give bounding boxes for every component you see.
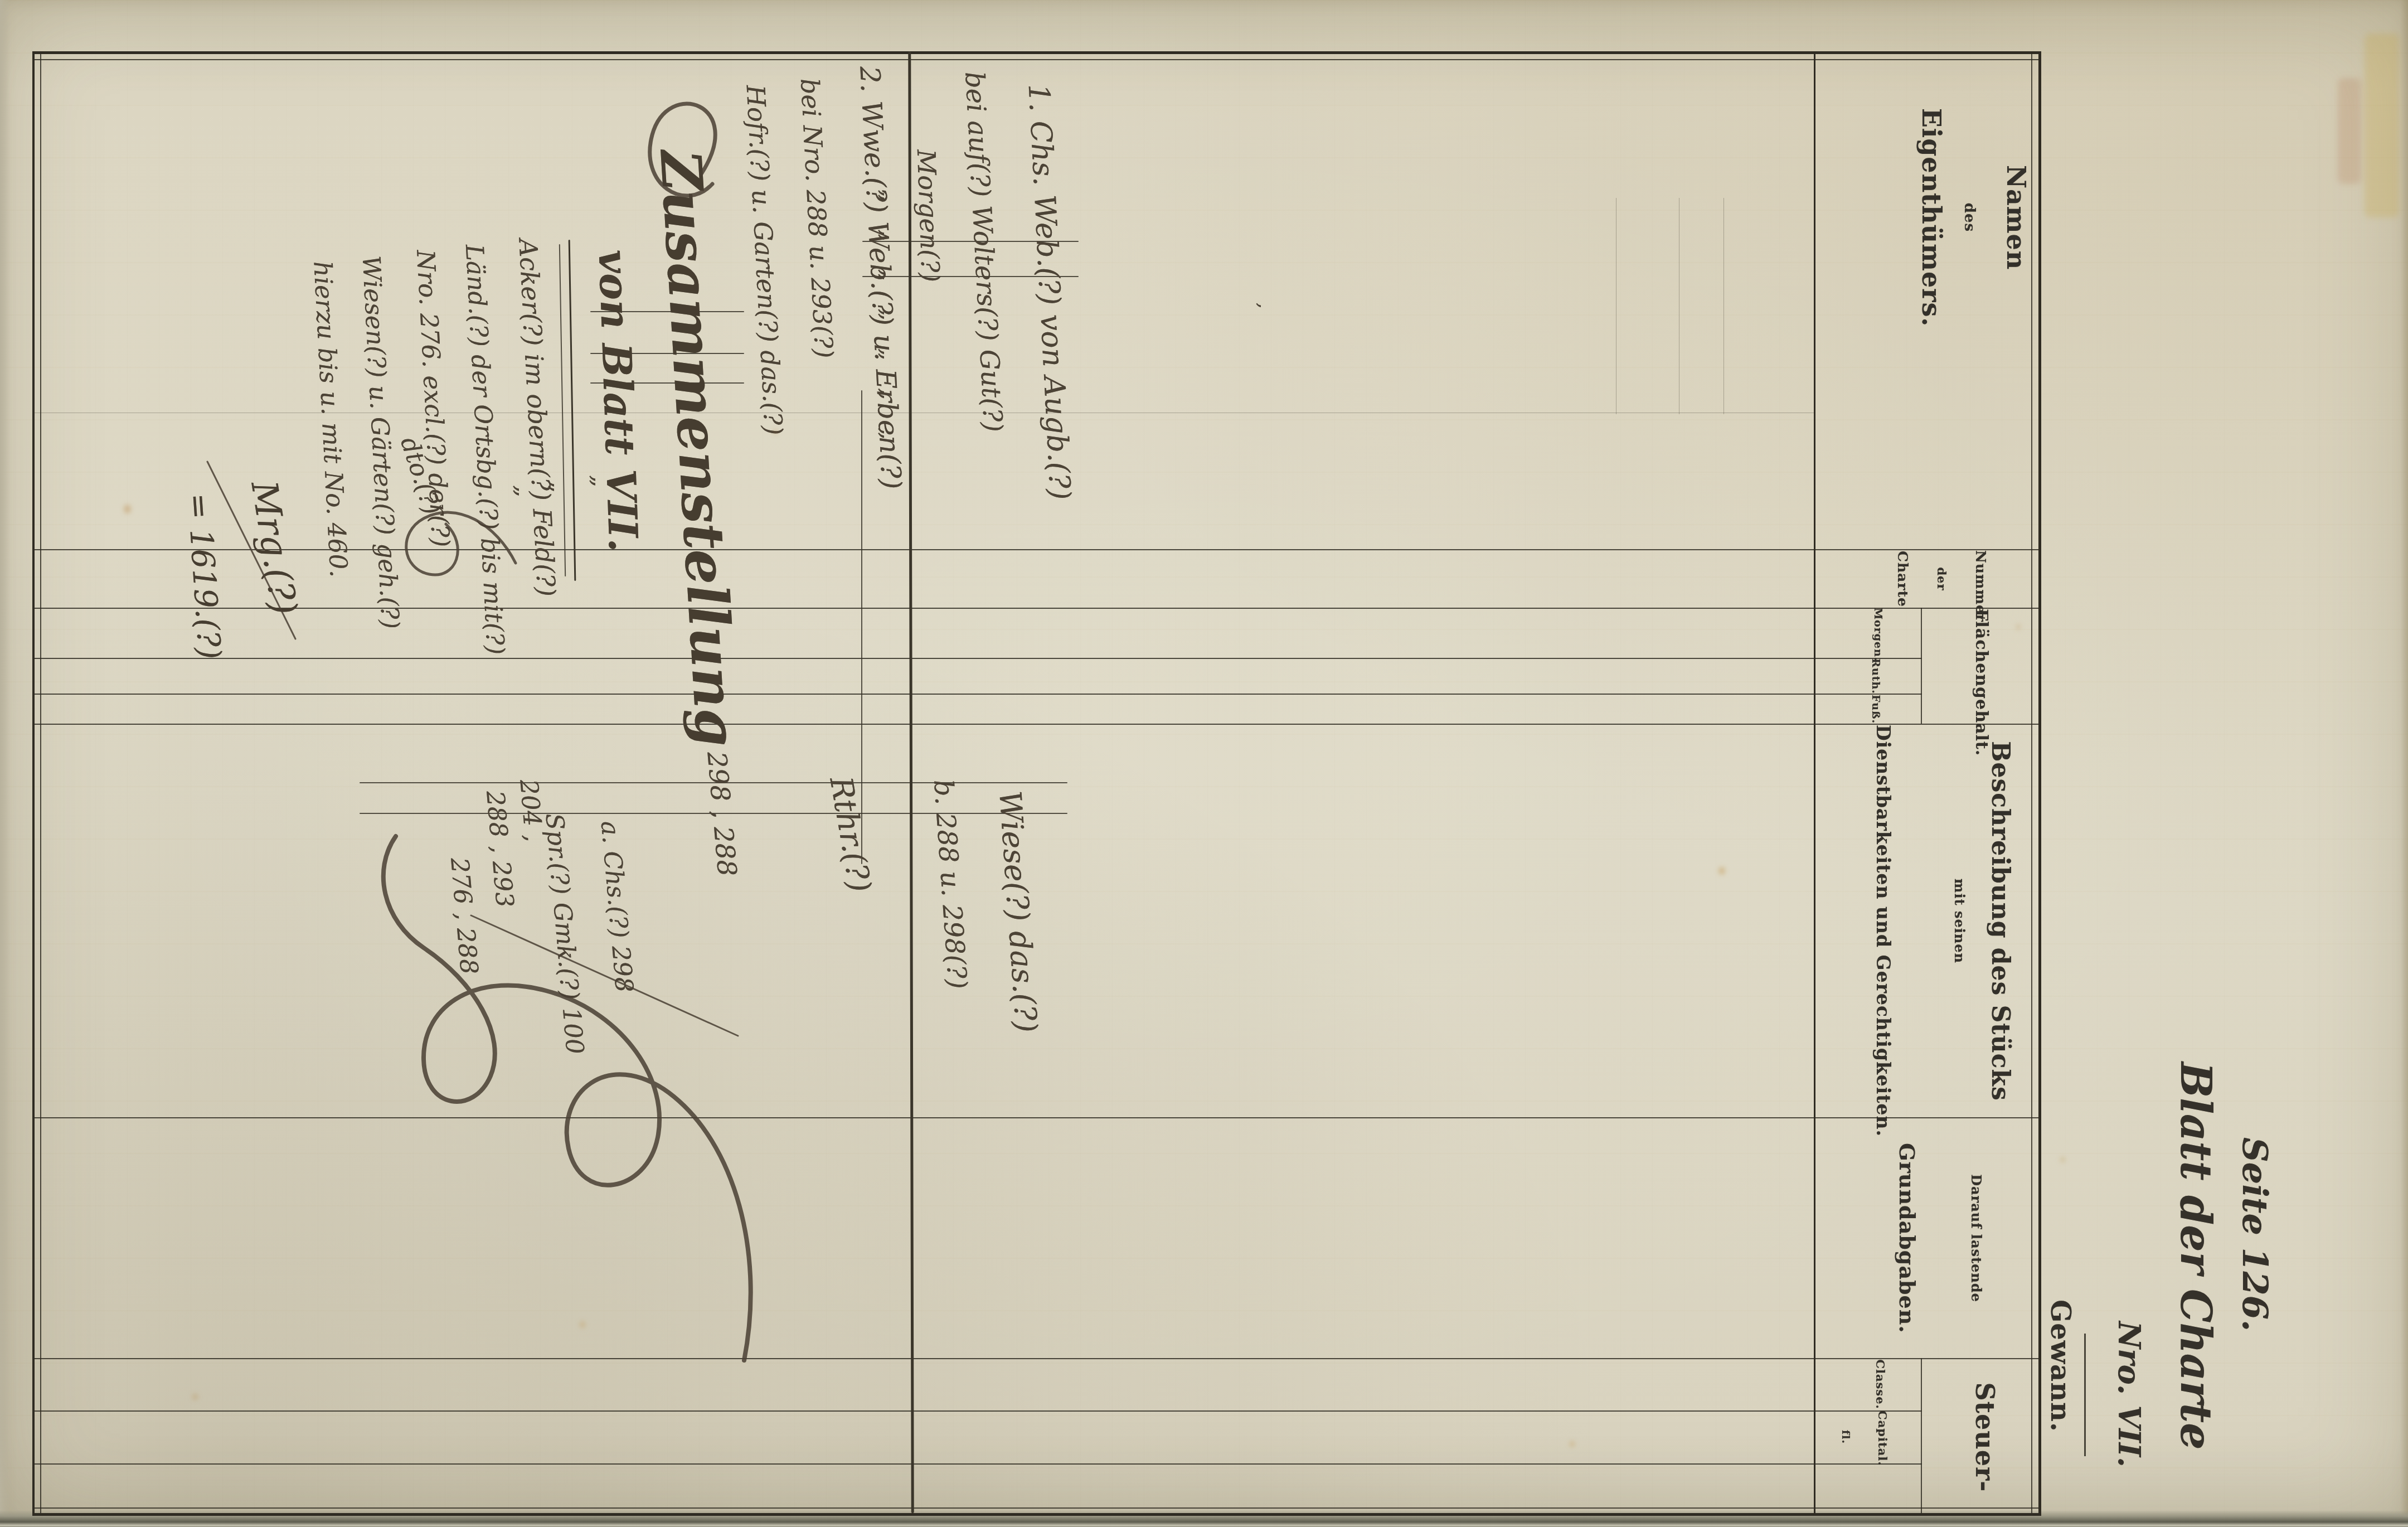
table-border-bottom-thin xyxy=(40,51,41,1515)
area-subheader-rule xyxy=(1921,608,1922,724)
col-chart-line1: Nummer xyxy=(1973,550,1989,608)
tax-subheader-rule xyxy=(1921,1358,1922,1515)
hw-entry2-line2: bei Nro. 288 u. 293(?) xyxy=(795,77,839,359)
row-guide-2 xyxy=(1679,198,1679,414)
divider-chart-area xyxy=(33,608,2040,609)
archive-stamp-smudge-2 xyxy=(2338,78,2361,184)
gewann-label: Gewann. xyxy=(2045,1282,2076,1450)
col-owner-line2: des xyxy=(1961,56,1978,379)
hw-entry2-line3: Hofr.(?) u. Garten(?) das.(?) xyxy=(741,84,789,436)
foxing-spot xyxy=(2016,624,2021,629)
col-tax-label: Steuer- xyxy=(1970,1359,2000,1515)
col-chart-line2: der xyxy=(1935,550,1949,608)
hw-word-crossing-rule: Morgen(?) xyxy=(911,149,945,283)
hw-ref-row5: 288 , 293 xyxy=(480,789,519,909)
hw-stray-mark: ’ xyxy=(1242,302,1264,308)
col-descr-line1: Beschreibung des Stücks xyxy=(1986,725,2014,1117)
subcol-capital-fl: fl. xyxy=(1839,1410,1852,1463)
divider-area-descr xyxy=(33,724,2040,725)
subcol-ruth: Ruth. xyxy=(1870,658,1882,695)
divider-classe-capital xyxy=(33,1410,1922,1412)
hw-col-mark3: „ xyxy=(511,485,538,497)
table-border-top-thick xyxy=(2038,51,2041,1515)
page-edge-bottom xyxy=(0,0,10,1527)
divider-morgen-ruth xyxy=(33,658,1922,659)
col-descr-line3: Dienstbarkeiten und Gerechtigkeiten. xyxy=(1872,725,1894,1117)
hw-summary-heading2: von Blatt VII. xyxy=(590,249,648,553)
register-sheet: Seite 126. Blatt der Charte Nro. VII. Ge… xyxy=(0,0,2408,1527)
hw-entry1-line2: bei auf(?) Wolters(?) Gut(?) xyxy=(959,71,1008,433)
hw-col-mark1: „ xyxy=(587,475,614,487)
header-bottom-rule xyxy=(1814,51,1815,1515)
page-edge-top xyxy=(2400,0,2408,1527)
hw-rthr-note: Rthr.(?) xyxy=(823,774,878,895)
hw-total-value: = 1619.(?) xyxy=(180,492,228,661)
foxing-spot xyxy=(124,505,131,513)
sheet-title: Blatt der Charte xyxy=(2171,1062,2221,1450)
heading-underline-1 xyxy=(569,240,576,581)
hw-total-label: Mrg.(?) xyxy=(243,478,305,618)
foxing-spot xyxy=(192,1394,198,1400)
hw-cat-line2: Länd.(?) der Ortsbg.(?) bis mit(?) xyxy=(460,244,509,656)
table-border-right-thick xyxy=(32,1513,2041,1516)
divider-ruth-fuss xyxy=(33,694,1922,695)
col-area-label: Flächengehalt. xyxy=(1972,609,1991,724)
col-descr-line2: mit seinen xyxy=(1951,725,1968,1117)
hw-entry1-descr: Wiese(?) das.(?) xyxy=(992,789,1044,1034)
col-owner-line1: Namen xyxy=(2001,56,2031,379)
foxing-spot xyxy=(2060,1157,2065,1162)
page-number: Seite 126. xyxy=(2235,1137,2275,1331)
divider-descr-burden xyxy=(33,1117,2040,1118)
col-burden-line1: Darauf lastende xyxy=(1968,1118,1984,1358)
divider-capital-kr xyxy=(33,1463,1922,1465)
sheet-number: Nro. VII. xyxy=(2111,1321,2147,1467)
table-border-bottom-thick xyxy=(32,51,35,1515)
row-guide-3 xyxy=(1616,198,1616,414)
hw-col-mark2: „ xyxy=(546,481,573,493)
hw-ref-row1: 298 , 288 xyxy=(701,750,742,878)
hw-cat-line5: hierzu bis u. mit No. 460. xyxy=(308,260,353,578)
table-border-top-thin xyxy=(2031,51,2032,1515)
table-border-left-thin xyxy=(32,59,2041,60)
sheet-number-underline xyxy=(2084,1334,2086,1456)
foxing-spot xyxy=(1718,867,1725,875)
hw-ref-row4: 204 , xyxy=(514,778,548,843)
table-border-right-thin xyxy=(32,1507,2041,1509)
foxing-spot xyxy=(1570,1441,1575,1447)
col-burden-line2: Grundabgaben. xyxy=(1895,1118,1920,1358)
owner-body-guide-rule xyxy=(35,413,1814,413)
archive-stamp-smudge xyxy=(2365,33,2399,217)
subcol-morgen: Morgen. xyxy=(1872,608,1884,659)
hw-entry1-refs: b. 288 u. 298(?) xyxy=(928,779,973,990)
foxing-spot xyxy=(580,1321,585,1328)
subcol-classe: Classe. xyxy=(1873,1358,1887,1410)
foxing-spot xyxy=(773,429,778,434)
subcol-fuss: Fuß. xyxy=(1870,694,1882,725)
hw-ref-row6: 276 , 288 xyxy=(445,856,483,976)
table-border-left-thick xyxy=(32,51,2041,54)
hw-ref-row3: Spr.(?) Gmk.(?) 100 xyxy=(540,812,589,1056)
col-owner-line3: Eigenthümers. xyxy=(1916,56,1946,379)
hw-ref-row2: a. Chs.(?) 298 xyxy=(595,820,639,993)
col-chart-line3: Charte xyxy=(1895,550,1911,608)
hw-cat-line1: Acker(?) im obern(?) Feld(?) xyxy=(513,238,561,597)
heading-underline-2 xyxy=(559,244,566,576)
row-guide-1 xyxy=(1724,198,1724,414)
hw-entry1-line1: 1. Chs. Web.(?) von Augb.(?) xyxy=(1021,83,1076,501)
divider-burden-tax xyxy=(33,1358,2040,1359)
scanned-register-page: Seite 126. Blatt der Charte Nro. VII. Ge… xyxy=(0,0,2408,1527)
subcol-capital: Capital. xyxy=(1876,1410,1890,1463)
